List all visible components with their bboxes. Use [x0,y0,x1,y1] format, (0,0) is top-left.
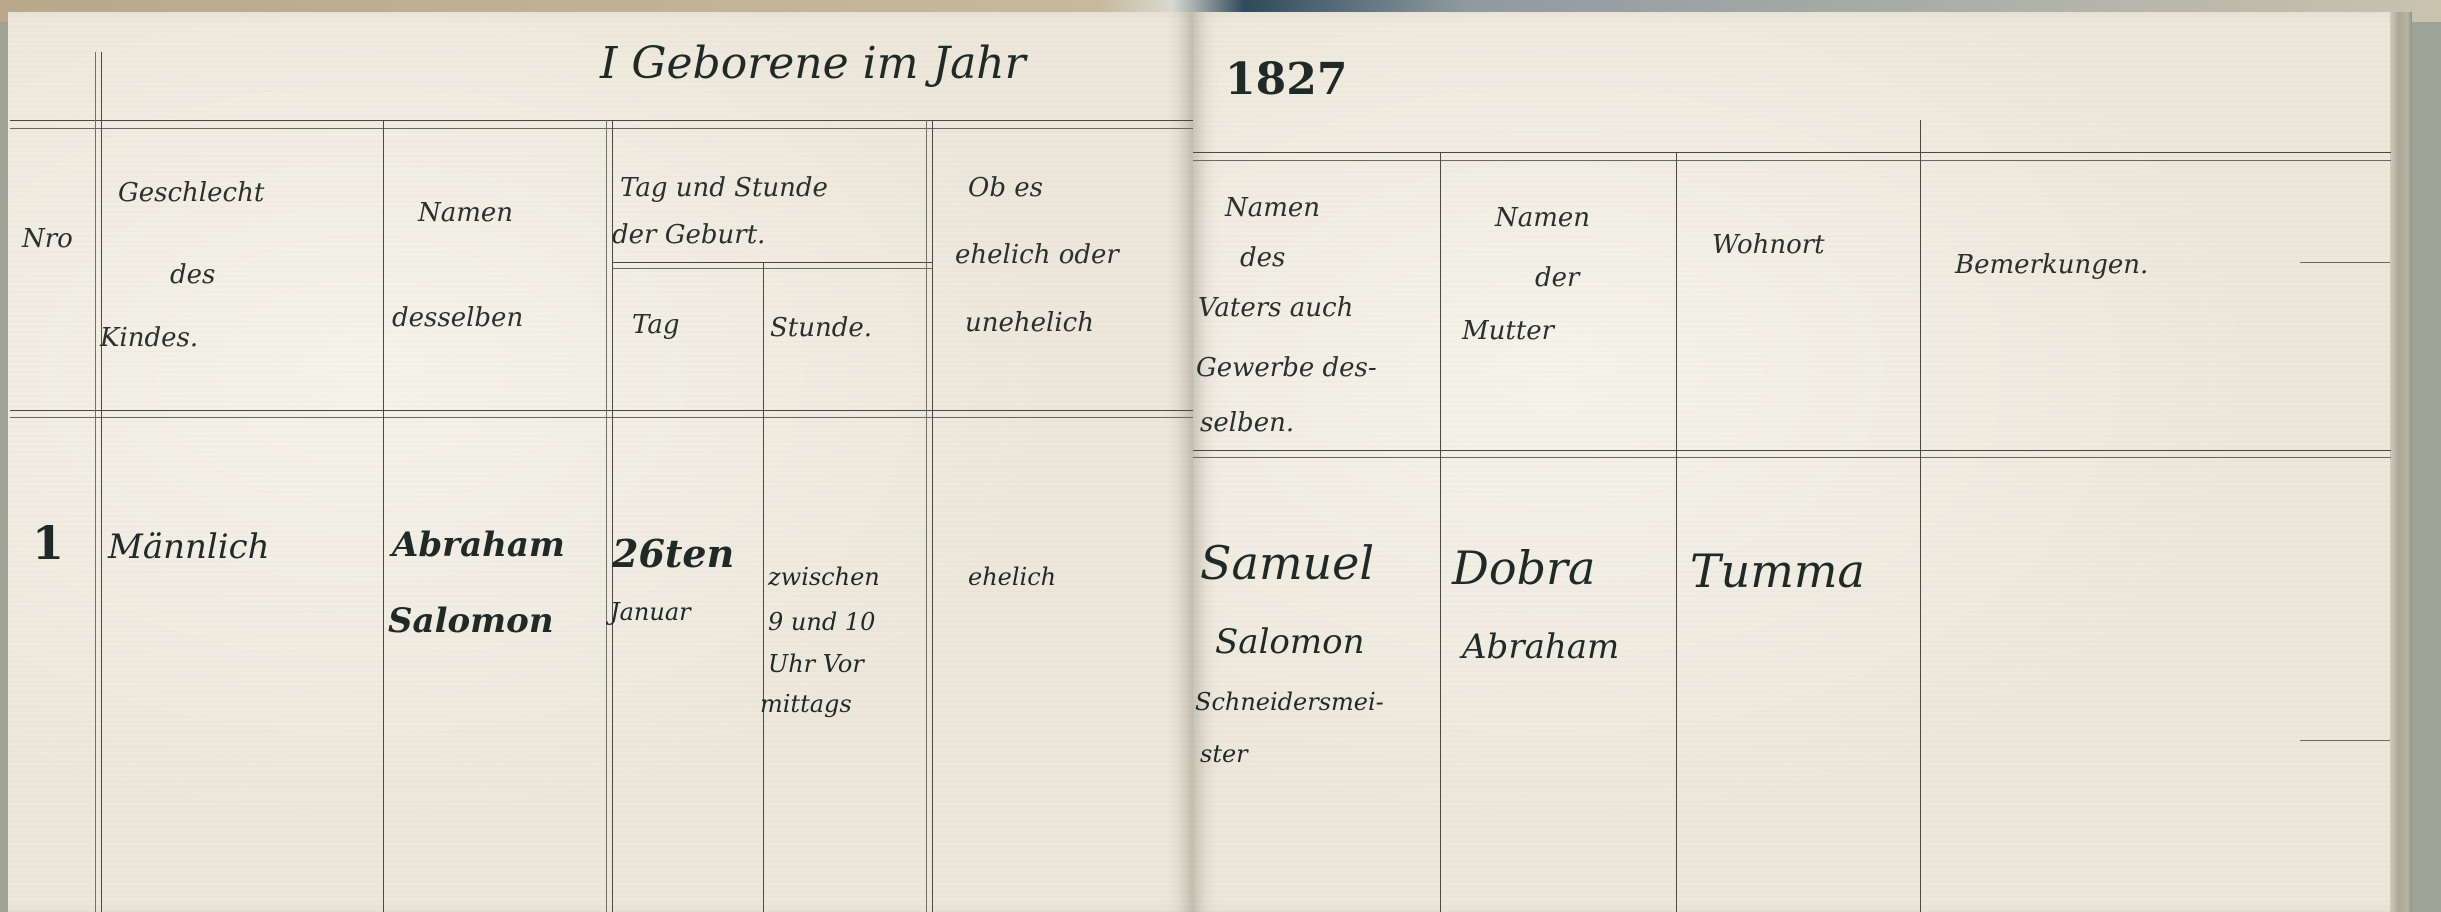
header-geburt-line2: der Geburt. [612,222,765,248]
entry-vater-line3: Schneidersmei- [1195,690,1384,714]
header-vater-line5: selben. [1200,410,1294,436]
register-year: 1827 [1225,58,1347,102]
header-bottom-rule-double [10,417,1193,418]
header-top-rule-right [1193,152,2391,153]
header-ehelich-line3: unehelich [965,310,1094,336]
header-bottom-rule-right [1193,450,2391,451]
col-rule-nr-double [95,52,96,912]
page-edge [2390,12,2412,912]
header-tag: Tag [632,312,679,338]
entry-ehelich: ehelich [968,565,1056,589]
header-wohnort: Wohnort [1712,232,1825,258]
entry-tag-line2: Januar [610,600,691,624]
edge-rule-2 [2300,740,2390,741]
header-bemerkungen: Bemerkungen. [1955,252,2148,278]
entry-vater-line2: Salomon [1215,625,1365,659]
header-top-rule [10,120,1193,121]
entry-stunde-line4: mittags [760,692,852,716]
col-rule-mutter [1676,152,1677,912]
header-ehelich-line1: Ob es [968,175,1043,201]
entry-name-line1: Abraham [392,528,565,562]
entry-stunde-line2: 9 und 10 [768,610,875,634]
geburt-subheader-rule-double [612,268,932,269]
entry-mutter-line2: Abraham [1462,630,1619,664]
edge-rule-1 [2300,262,2390,263]
entry-vater-line4: ster [1200,742,1248,766]
col-rule-nr [101,52,102,912]
col-rule-wohnort [1920,120,1921,912]
header-vater-line3: Vaters auch [1198,295,1353,321]
col-rule-tag [763,262,764,912]
header-bottom-rule [10,410,1193,411]
col-rule-geburt [932,120,933,912]
entry-tag-line1: 26ten [612,535,734,573]
entry-stunde-line1: zwischen [768,565,880,589]
entry-name-line2: Salomon [388,604,554,638]
entry-nr: 1 [32,520,64,566]
header-geschlecht-line2: des [170,262,215,288]
header-name-line2: desselben [392,305,523,331]
header-top-rule-double [10,128,1193,129]
right-page [1193,12,2398,912]
header-vater-line2: des [1240,245,1285,271]
geburt-subheader-rule [612,262,932,263]
header-ehelich-line2: ehelich oder [955,242,1119,268]
header-top-rule-right-double [1193,160,2391,161]
header-mutter-line1: Namen [1495,205,1590,231]
header-bottom-rule-right-double [1193,457,2391,458]
col-rule-geschlecht [383,120,384,912]
header-nr: Nro [22,226,73,252]
entry-stunde-line3: Uhr Vor [768,652,864,676]
register-title: I Geborene im Jahr [600,42,1026,86]
entry-mutter-line1: Dobra [1452,545,1595,591]
entry-geschlecht: Männlich [108,530,270,564]
header-mutter-line2: der [1535,265,1579,291]
header-geburt-line1: Tag und Stunde [620,175,828,201]
col-rule-name-double [606,120,607,912]
header-vater-line1: Namen [1225,195,1320,221]
header-geschlecht-line3: Kindes. [100,325,198,351]
entry-vater-line1: Samuel [1200,540,1374,586]
col-rule-vater [1440,152,1441,912]
header-stunde: Stunde. [770,315,872,341]
left-page [8,12,1193,912]
header-geschlecht-line1: Geschlecht [118,180,264,206]
header-vater-line4: Gewerbe des- [1196,355,1377,381]
header-mutter-line3: Mutter [1462,318,1554,344]
col-rule-geburt-double [926,120,927,912]
entry-wohnort: Tumma [1690,548,1865,594]
header-name-line1: Namen [418,200,513,226]
